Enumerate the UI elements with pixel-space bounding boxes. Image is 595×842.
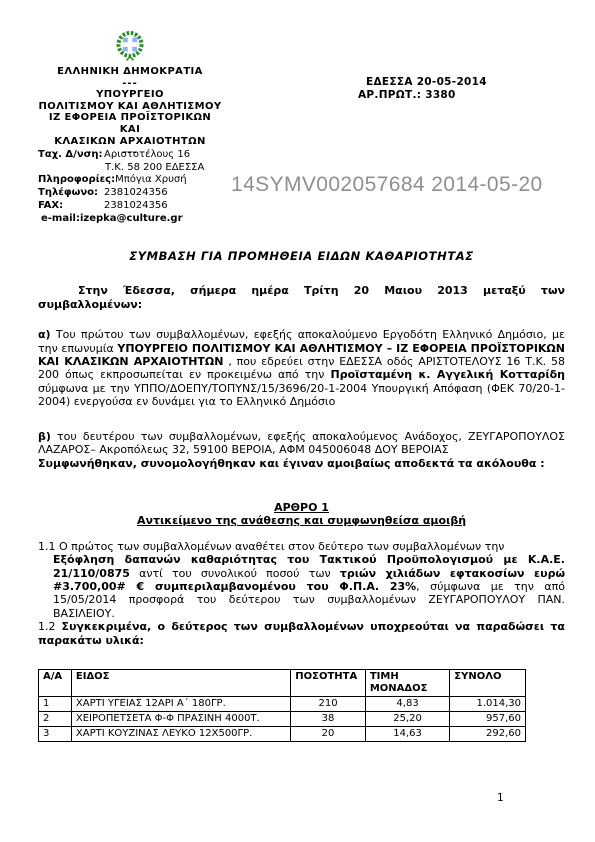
table-row: 1 ΧΑΡΤΙ ΥΓΕΙΑΣ 12ΑΡΙ Α΄ 180ΓΡ. 210 4,83 … [39, 696, 526, 711]
intro-paragraph: Στην Έδεσσα, σήμερα ημέρα Τρίτη 20 Μαιου… [38, 284, 565, 311]
items-table: Α/Α ΕΙΔΟΣ ΠΟΣΟΤΗΤΑ ΤΙΜΗ ΜΟΝΑΔΟΣ ΣΥΝΟΛΟ 1… [38, 669, 526, 742]
table-header-row: Α/Α ΕΙΔΟΣ ΠΟΣΟΤΗΤΑ ΤΙΜΗ ΜΟΝΑΔΟΣ ΣΥΝΟΛΟ [39, 669, 526, 696]
table-cell-qty: 210 [291, 696, 366, 711]
table-cell-item: ΧΑΡΤΙ ΚΟΥΖΙΝΑΣ ΛΕΥΚΟ 12Χ500ΓΡ. [71, 726, 290, 741]
protocol-block: ΕΔΕΣΣΑ 20-05-2014 ΑΡ.ΠΡΩΤ.: 3380 [358, 76, 487, 102]
party-b-text: του δευτέρου των συμβαλλομένων, εφεξής α… [38, 430, 565, 456]
phone-value: 2381024356 [104, 187, 168, 198]
article-1-heading: ΑΡΘΡΟ 1 [38, 501, 565, 514]
clause-1-1-detail: Εξόφληση δαπανών καθαριότητας του Τακτικ… [53, 553, 565, 620]
city-date: ΕΔΕΣΣΑ 20-05-2014 [358, 76, 487, 89]
document-title: ΣΥΜΒΑΣΗ ΓΙΑ ΠΡΟΜΗΘΕΙΑ ΕΙΔΩΝ ΚΑΘΑΡΙΟΤΗΤΑΣ [38, 250, 565, 263]
table-cell-unit-price: 25,20 [365, 711, 449, 726]
greek-republic-emblem-icon [111, 30, 149, 63]
address-value: Αριστοτέλους 16 [104, 149, 190, 160]
clause-1-2-number: 1.2 [38, 620, 61, 633]
agreement-statement: Συμφωνήθηκαν, συνομολογήθηκαν και έγιναν… [38, 457, 565, 470]
fax-line: FAX:2381024356 [38, 200, 288, 213]
phone-label: Τηλέφωνο: [38, 187, 104, 200]
info-label: Πληροφορίες: [38, 174, 115, 187]
table-cell-total: 292,60 [450, 726, 526, 741]
ministry-line: ΥΠΟΥΡΓΕΙΟ [38, 89, 222, 101]
clause-1-1: 1.1 Ο πρώτος των συμβαλλομένων αναθέτει … [38, 540, 565, 620]
table-cell-num: 1 [39, 696, 72, 711]
table-header-cell: ΠΟΣΟΤΗΤΑ [291, 669, 366, 696]
table-header-cell: Α/Α [39, 669, 72, 696]
clause-1-2-text: Συγκεκριμένα, ο δεύτερος των συμβαλλομέν… [38, 620, 565, 646]
clause-1-1-intro: 1.1 Ο πρώτος των συμβαλλομένων αναθέτει … [38, 540, 565, 553]
table-cell-qty: 20 [291, 726, 366, 741]
article-1-heading-block: ΑΡΘΡΟ 1 Αντικείμενο της ανάθεσης και συμ… [38, 501, 565, 528]
party-a-label: α) [38, 328, 51, 341]
letterhead: ΕΛΛΗΝΙΚΗ ΔΗΜΟΚΡΑΤΙΑ --- ΥΠΟΥΡΓΕΙΟ ΠΟΛΙΤΙ… [38, 30, 222, 159]
address-label: Ταχ. Δ/νση: [38, 149, 104, 162]
table-cell-unit-price: 4,83 [365, 696, 449, 711]
ministry-line: ΙΖ ΕΦΟΡΕΙΑ ΠΡΟΪΣΤΟΡΙΚΩΝ ΚΑΙ [38, 112, 222, 135]
party-b-label: β) [38, 430, 51, 443]
table-cell-num: 3 [39, 726, 72, 741]
table-header-cell: ΣΥΝΟΛΟ [450, 669, 526, 696]
diavgeia-registry-number: 14SYMV002057684 2014-05-20 [231, 173, 543, 197]
party-a-representative: Προϊσταμένη κ. Αγγελική Κοτταρίδη [330, 368, 565, 381]
table-cell-num: 2 [39, 711, 72, 726]
party-a-text: σύμφωνα με την ΥΠΠΟ/ΔΟΕΠΥ/ΤΟΠΥΝΣ/15/3696… [38, 382, 565, 408]
email-line: e-mail:izepka@culture.gr [38, 213, 288, 226]
info-value: Μπόγια Χρυσή [115, 174, 187, 185]
table-cell-item: ΧΑΡΤΙ ΥΓΕΙΑΣ 12ΑΡΙ Α΄ 180ΓΡ. [71, 696, 290, 711]
table-cell-unit-price: 14,63 [365, 726, 449, 741]
document-body: ΣΥΜΒΑΣΗ ΓΙΑ ΠΡΟΜΗΘΕΙΑ ΕΙΔΩΝ ΚΑΘΑΡΙΟΤΗΤΑΣ… [38, 250, 565, 742]
ministry-line: ΠΟΛΙΤΙΣΜΟΥ ΚΑΙ ΑΘΛΗΤΙΣΜΟΥ [38, 101, 222, 113]
table-cell-item: ΧΕΙΡΟΠΕΤΣΕΤΑ Φ-Φ ΠΡΑΣΙΝΗ 4000Τ. [71, 711, 290, 726]
party-a-paragraph: α) Του πρώτου των συμβαλλομένων, εφεξής … [38, 328, 565, 408]
table-header-cell: ΕΙΔΟΣ [71, 669, 290, 696]
clause-1-1-text: αντί του συνολικού ποσού των [130, 567, 340, 580]
header-divider: --- [38, 78, 222, 90]
table-row: 3 ΧΑΡΤΙ ΚΟΥΖΙΝΑΣ ΛΕΥΚΟ 12Χ500ΓΡ. 20 14,6… [39, 726, 526, 741]
address-line: Ταχ. Δ/νση:Αριστοτέλους 16 [38, 149, 288, 162]
ministry-line: ΚΛΑΣΙΚΩΝ ΑΡΧΑΙΟΤΗΤΩΝ [38, 136, 222, 148]
table-row: 2 ΧΕΙΡΟΠΕΤΣΕΤΑ Φ-Φ ΠΡΑΣΙΝΗ 4000Τ. 38 25,… [39, 711, 526, 726]
republic-title: ΕΛΛΗΝΙΚΗ ΔΗΜΟΚΡΑΤΙΑ [38, 66, 222, 78]
table-cell-total: 957,60 [450, 711, 526, 726]
protocol-number: ΑΡ.ΠΡΩΤ.: 3380 [358, 89, 487, 102]
fax-value: 2381024356 [104, 200, 168, 211]
article-1-subheading: Αντικείμενο της ανάθεσης και συμφωνηθείσ… [38, 514, 565, 527]
table-cell-total: 1.014,30 [450, 696, 526, 711]
table-header-cell: ΤΙΜΗ ΜΟΝΑΔΟΣ [365, 669, 449, 696]
clause-1-2: 1.2 Συγκεκριμένα, ο δεύτερος των συμβαλλ… [38, 620, 565, 647]
table-cell-qty: 38 [291, 711, 366, 726]
party-b-paragraph: β) του δευτέρου των συμβαλλομένων, εφεξή… [38, 430, 565, 457]
fax-label: FAX: [38, 200, 104, 213]
page-number: 1 [497, 792, 504, 804]
